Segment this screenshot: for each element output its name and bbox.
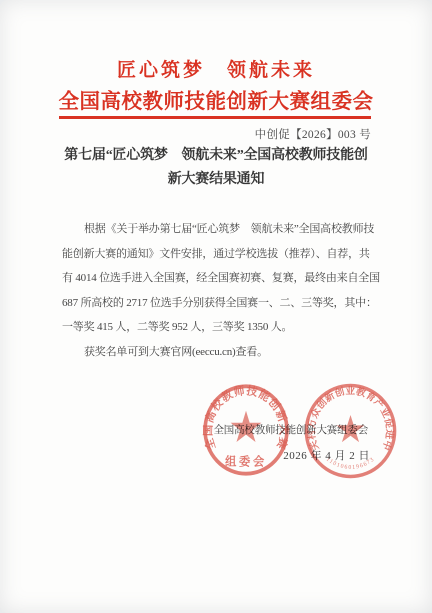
body-line: 有 4014 位选手进入全国赛，经全国赛初赛、复赛，最终由来自全国: [62, 266, 376, 291]
subject-line-1: 第七届“匠心筑梦 领航未来”全国高校教师技能创: [62, 144, 370, 168]
letterhead-org-name: 全国高校教师技能创新大赛组委会: [0, 84, 432, 114]
letterhead-divider: [59, 116, 371, 119]
body-line: 能创新大赛的通知》文件安排，通过学校选拔（推荐）、自荐，共: [62, 242, 376, 267]
body-paragraphs: 根据《关于举办第七届“匠心筑梦 领航未来”全国高校教师技 能创新大赛的通知》文件…: [62, 217, 376, 364]
seal-arc-text: 中关村万众创新创业教育产业促进中心: [302, 381, 396, 452]
signature-org: 全国高校教师技能创新大赛组委会: [214, 422, 369, 437]
subject-title: 第七届“匠心筑梦 领航未来”全国高校教师技能创 新大赛结果通知: [62, 144, 370, 192]
seal-arc-text: 全国高校教师技能创新大赛: [201, 383, 291, 452]
subject-line-2: 新大赛结果通知: [62, 168, 370, 192]
document-page: 匠心筑梦 领航未来 全国高校教师技能创新大赛组委会 中创促【2026】003 号…: [0, 0, 432, 613]
body-line: 一等奖 415 人，二等奖 952 人，三等奖 1350 人。: [62, 315, 376, 340]
body-line: 获奖名单可到大赛官网(eeccu.cn)查看。: [62, 340, 376, 365]
body-line: 687 所高校的 2717 位选手分别获得全国赛一、二、三等奖，其中：: [62, 291, 376, 316]
doc-number: 中创促【2026】003 号: [255, 126, 371, 142]
seal-bottom-text: 组委会: [225, 454, 267, 468]
letterhead-slogan: 匠心筑梦 领航未来: [0, 55, 432, 82]
signature-date: 2026 年 4 月 2 日: [283, 447, 370, 463]
body-line: 根据《关于举办第七届“匠心筑梦 领航未来”全国高校教师技: [62, 217, 376, 242]
